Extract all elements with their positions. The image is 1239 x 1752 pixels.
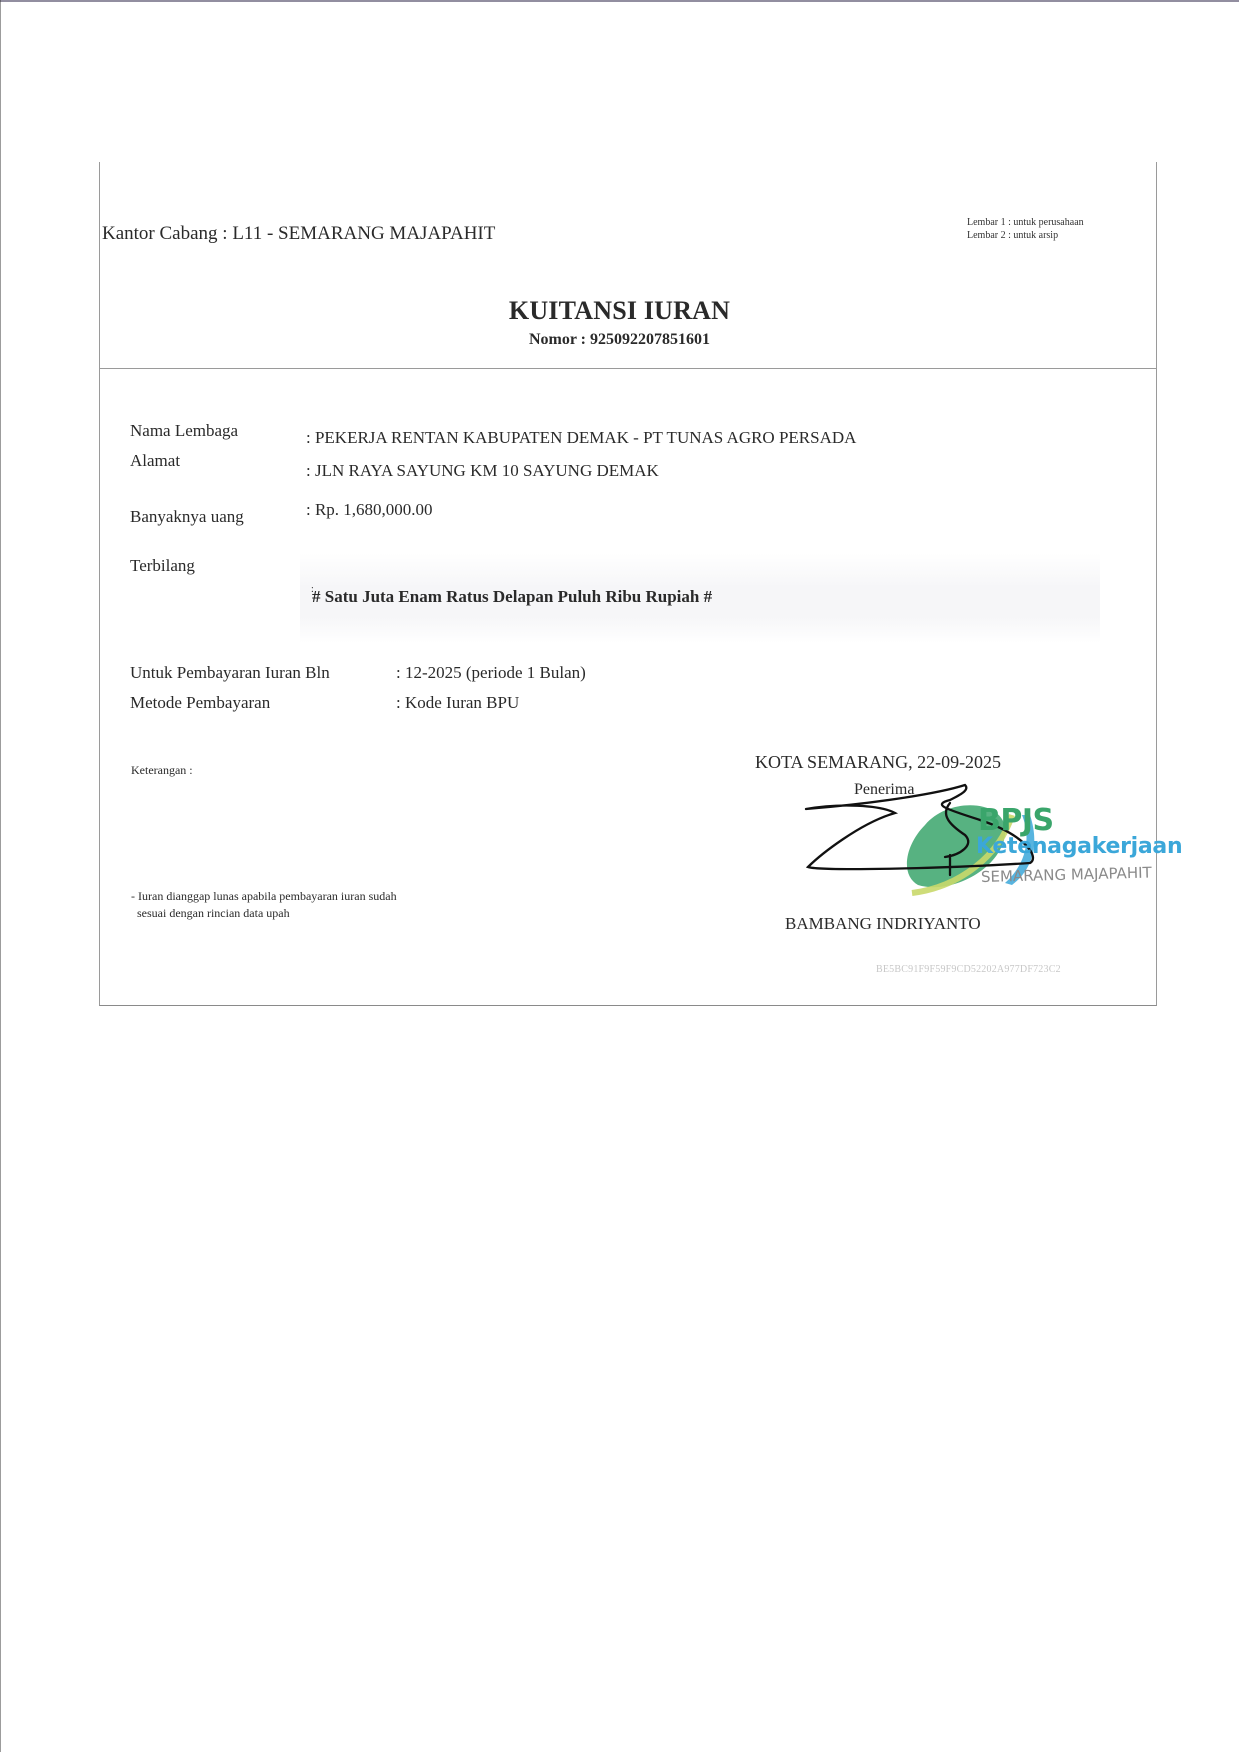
- stamp-brand: BPJS: [978, 803, 1054, 838]
- copy-note-1: Lembar 1 : untuk perusahaan: [967, 217, 1084, 228]
- label-untuk-pembayaran: Untuk Pembayaran Iuran Bln: [130, 663, 330, 683]
- label-alamat: Alamat: [130, 451, 180, 471]
- label-terbilang: Terbilang: [130, 556, 195, 576]
- stamp-brand-sub: Ketenagakerjaan: [976, 834, 1182, 859]
- value-nama-lembaga: : PEKERJA RENTAN KABUPATEN DEMAK - PT TU…: [306, 428, 856, 448]
- label-nama-lembaga: Nama Lembaga: [130, 421, 238, 441]
- value-alamat: : JLN RAYA SAYUNG KM 10 SAYUNG DEMAK: [306, 461, 659, 481]
- label-keterangan: Keterangan :: [131, 763, 193, 778]
- place-date: KOTA SEMARANG, 22-09-2025: [755, 752, 1001, 773]
- value-untuk-pembayaran: : 12-2025 (periode 1 Bulan): [396, 663, 586, 683]
- value-metode-pembayaran: : Kode Iuran BPU: [396, 693, 519, 713]
- value-banyaknya-uang: : Rp. 1,680,000.00: [306, 500, 433, 520]
- receipt-number: Nomor : 925092207851601: [0, 331, 1239, 349]
- copy-note-2: Lembar 2 : untuk arsip: [967, 230, 1058, 241]
- scan-top-edge: [0, 0, 1239, 2]
- scan-left-edge: [0, 0, 1, 1752]
- note-line-1: - Iuran dianggap lunas apabila pembayara…: [131, 889, 397, 904]
- header-divider: [99, 368, 1156, 369]
- branch-office: Kantor Cabang : L11 - SEMARANG MAJAPAHIT: [102, 223, 495, 245]
- label-metode-pembayaran: Metode Pembayaran: [130, 693, 270, 713]
- note-line-2: sesuai dengan rincian data upah: [131, 906, 290, 921]
- document-title: KUITANSI IURAN: [0, 296, 1239, 326]
- label-banyaknya-uang: Banyaknya uang: [130, 507, 244, 527]
- verification-code: BE5BC91F9F59F9CD52202A977DF723C2: [876, 964, 1061, 975]
- value-terbilang: # Satu Juta Enam Ratus Delapan Puluh Rib…: [312, 587, 712, 607]
- signer-name: BAMBANG INDRIYANTO: [785, 914, 981, 934]
